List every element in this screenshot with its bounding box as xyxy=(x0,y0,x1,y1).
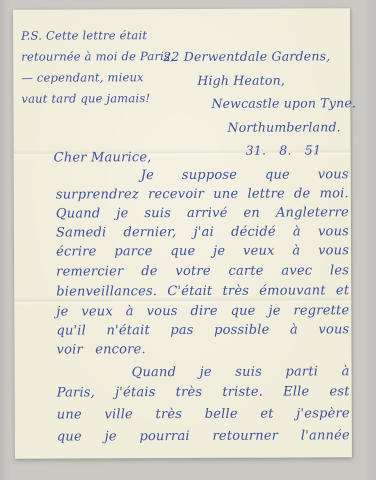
ps-line: vaut tard que jamais! xyxy=(21,88,174,110)
body-line: Quand je suis arrivé en Angleterre xyxy=(56,203,349,223)
address-line: 22 Derwentdale Gardens, xyxy=(163,44,356,68)
body-line: qu'il n'était pas possible à vous xyxy=(56,320,349,340)
ps-note: P.S. Cette lettre était retournée à moi … xyxy=(21,25,174,110)
sender-address: 22 Derwentdale Gardens, High Heaton, New… xyxy=(163,44,356,162)
address-line: High Heaton, xyxy=(197,68,356,92)
address-line: Northumberland. xyxy=(227,115,356,139)
body-line: Samedi dernier, j'ai décidé à vous xyxy=(56,222,349,242)
body-line: voir encore. xyxy=(56,339,349,359)
body-line: bienveillances. C'était très émouvant et xyxy=(56,281,349,301)
body-line: Quand je suis parti à xyxy=(57,362,350,382)
body-line: écrire parce que je veux à vous xyxy=(56,241,349,261)
body-line: que je pourrai retourner l'année xyxy=(57,426,350,446)
letter-page: P.S. Cette lettre était retournée à moi … xyxy=(13,8,352,458)
ps-line: — cependant, mieux xyxy=(21,67,174,89)
body-line: surprendrez recevoir une lettre de moi. xyxy=(56,184,349,204)
ps-line: P.S. Cette lettre était xyxy=(21,25,174,47)
salutation: Cher Maurice, xyxy=(54,150,152,165)
body-line: Je suppose que vous xyxy=(56,165,349,185)
address-line: Newcastle upon Tyne. xyxy=(211,91,356,115)
scan-background: P.S. Cette lettre était retournée à moi … xyxy=(0,0,376,480)
ps-line: retournée à moi de Paris, xyxy=(21,46,174,68)
body-line: Paris, j'étais très triste. Elle est xyxy=(57,382,350,402)
letter-body: Je suppose que vous surprendrez recevoir… xyxy=(56,165,350,446)
body-line: remercier de votre carte avec les xyxy=(56,261,349,281)
body-line: je veux à vous dire que je regrette xyxy=(56,301,349,321)
letter-date: 31. 8. 51 xyxy=(246,138,357,162)
body-line: une ville très belle et j'espère xyxy=(57,404,350,424)
